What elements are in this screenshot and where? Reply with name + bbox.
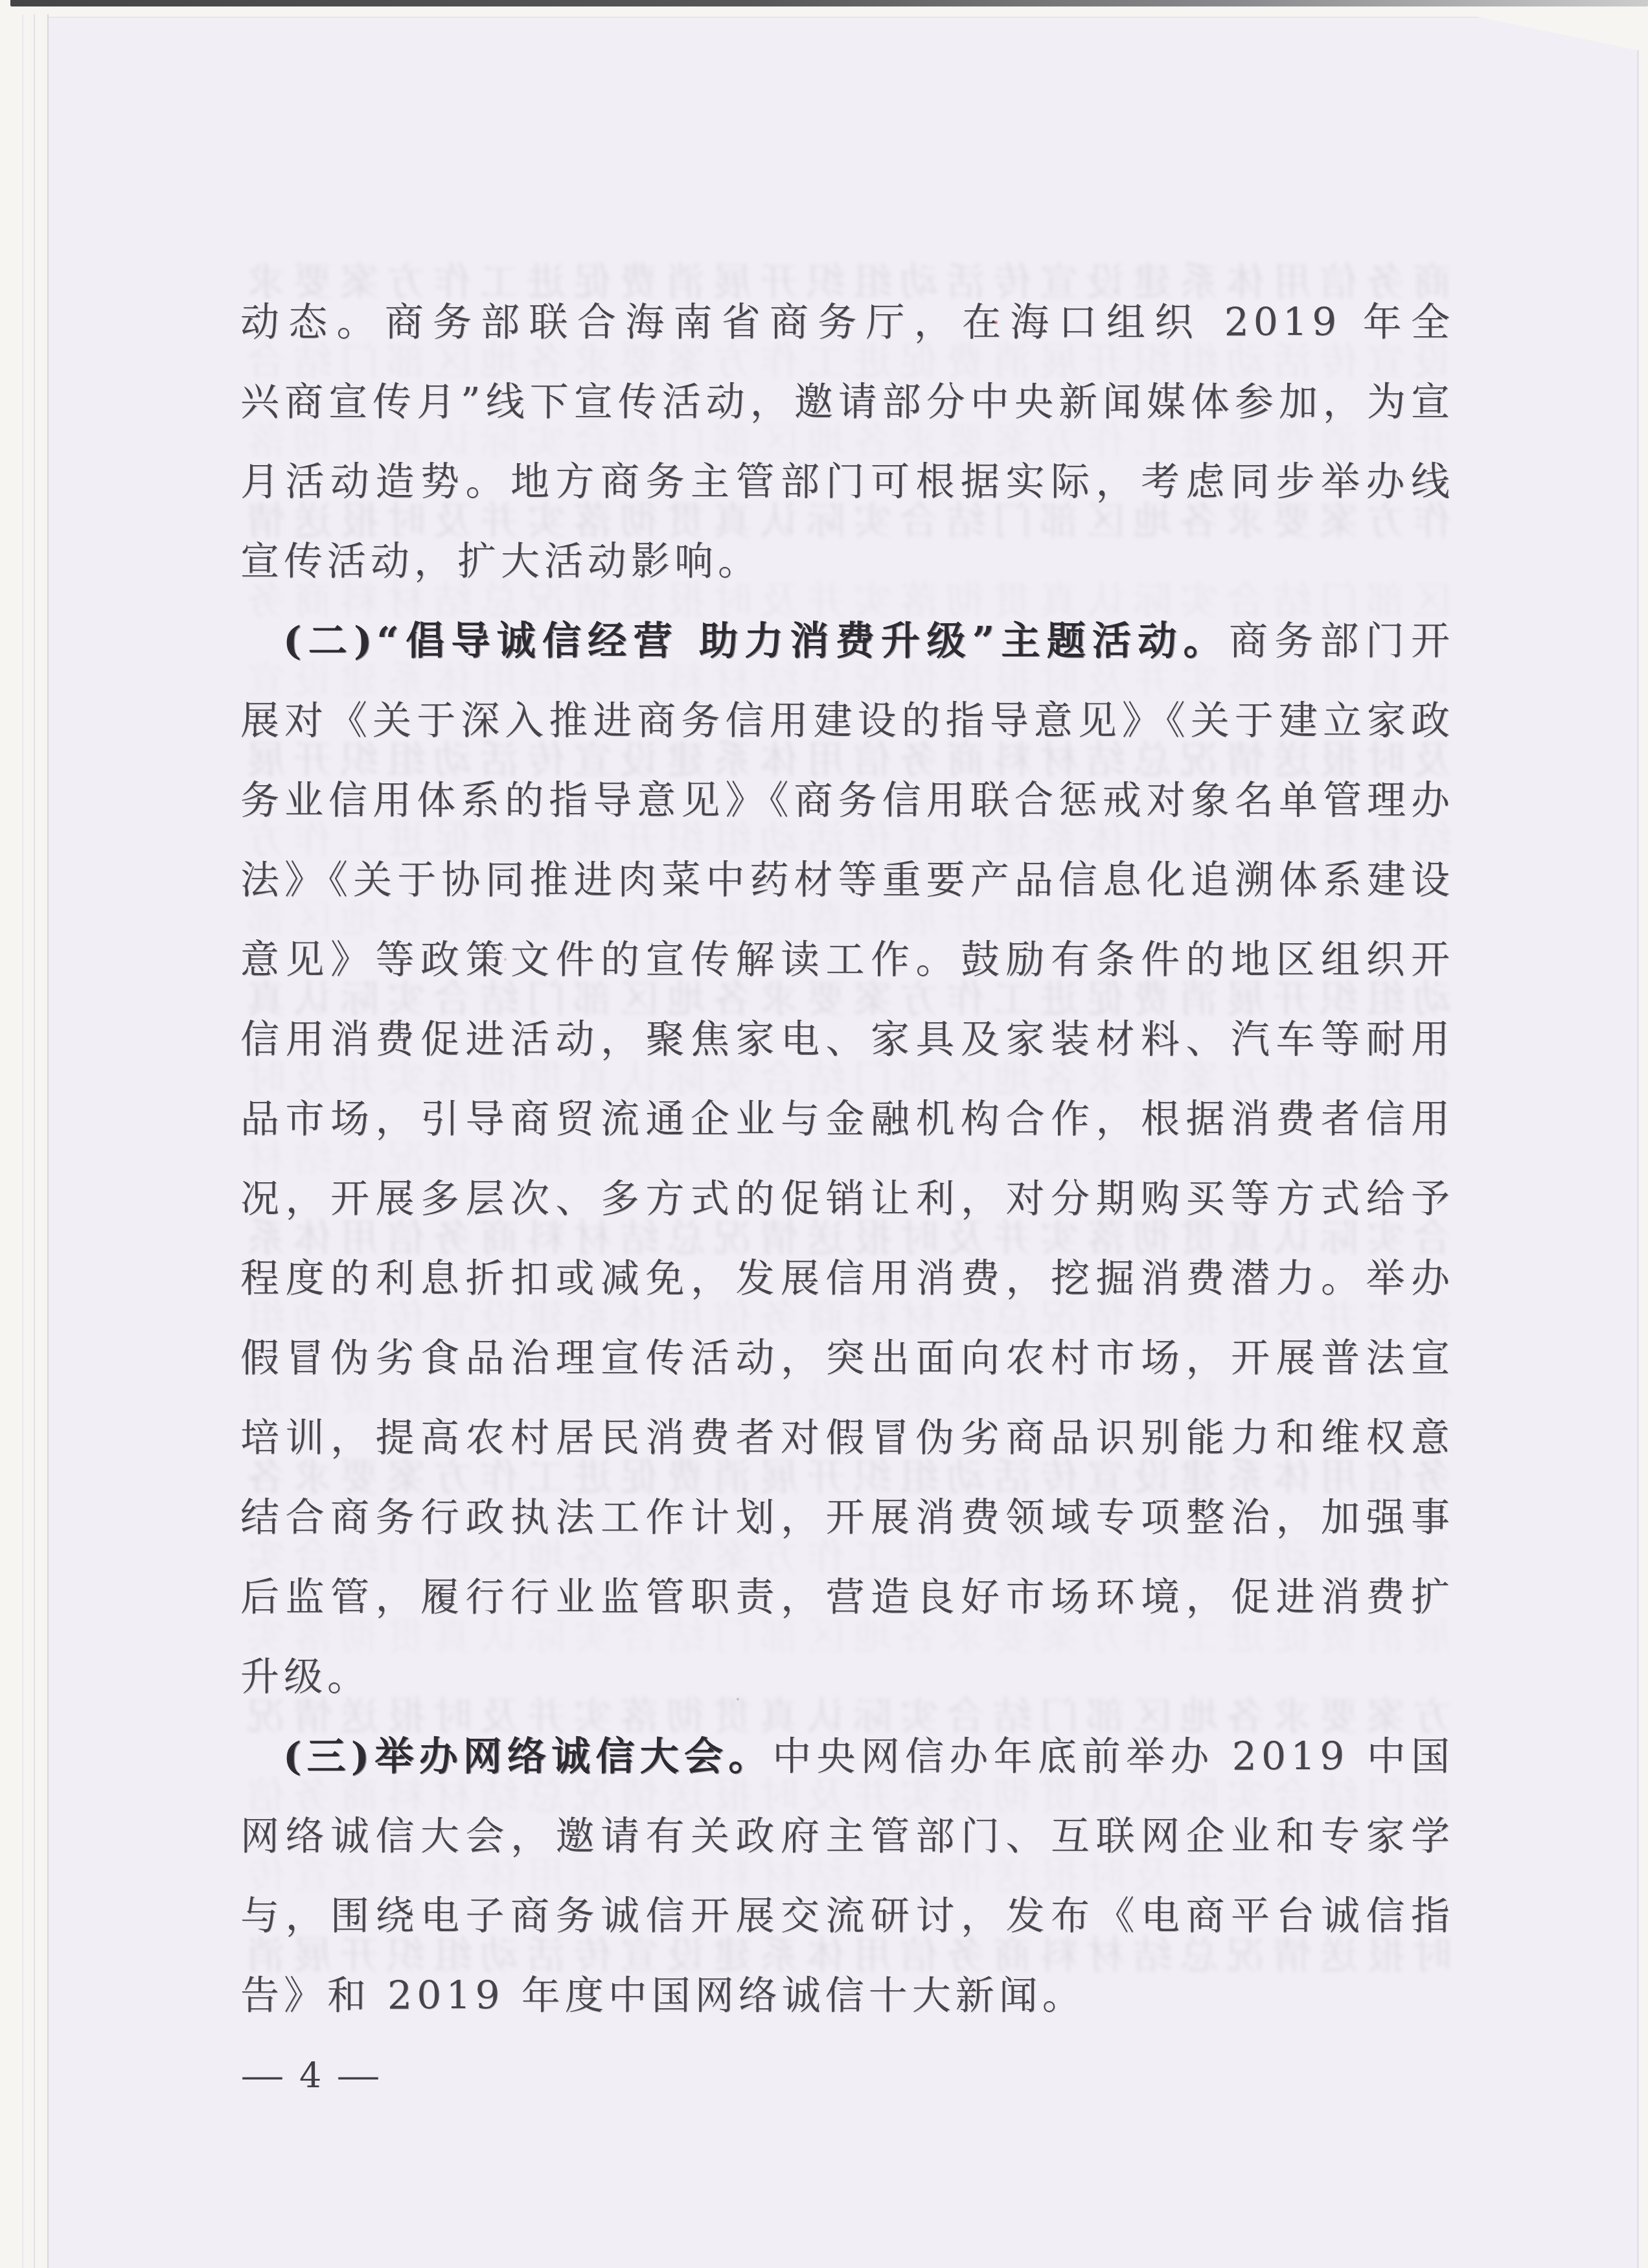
text-line: 培训，提高农村居民消费者对假冒伪劣商品识别能力和维权意识。 — [240, 1399, 1454, 1478]
text-line: 法》《关于协同推进肉菜中药材等重要产品信息化追溯体系建设的 — [240, 841, 1454, 921]
text-line: 兴商宣传月”线下宣传活动，邀请部分中央新闻媒体参加，为宣传 — [240, 363, 1454, 442]
text-line: 后监管，履行行业监管职责，营造良好市场环境，促进消费扩大和 — [240, 1558, 1454, 1638]
heading-run: (二)“倡导诚信经营 助力消费升级”主题活动。 — [283, 619, 1229, 664]
text-run: 商务部门开 — [1229, 619, 1454, 664]
page-corner — [1478, 17, 1640, 51]
text-run: 况，开展多层次、多方式的促销让利，对分期购买等方式给予不同 — [240, 1176, 1454, 1239]
text-line: 信用消费促进活动，聚焦家电、家具及家装材料、汽车等耐用消费 — [240, 1000, 1454, 1080]
ink-speck — [504, 958, 507, 961]
text-run: 品市场，引导商贸流通企业与金融机构合作，根据消费者信用状 — [240, 1097, 1454, 1160]
text-run: 结合商务行政执法工作计划，开展消费领域专项整治，加强事中事 — [240, 1495, 1454, 1558]
text-line: 假冒伪劣食品治理宣传活动，突出面向农村市场，开展普法宣传与 — [240, 1319, 1454, 1399]
text-line: 告》和 2019 年度中国网络诚信十大新闻。 — [240, 1956, 1454, 2036]
page-number-right-dash: — — [337, 2057, 381, 2096]
page-number: — 4 — — [245, 2057, 376, 2096]
text-line: 月活动造势。地方商务主管部门可根据实际，考虑同步举办线下 — [240, 442, 1454, 522]
text-run: 网络诚信大会，邀请有关政府主管部门、互联网企业和专家学者参 — [240, 1814, 1454, 1877]
text-run: 展对《关于深入推进商务信用建设的指导意见》《关于建立家政服 — [240, 698, 1454, 761]
page-number-left-dash: — — [240, 2057, 284, 2096]
text-line: 升级。 — [240, 1638, 1454, 1717]
text-line: 务业信用体系的指导意见》《商务信用联合惩戒对象名单管理办 — [240, 761, 1454, 841]
scanned-document: { "colors":{ "page_bg":"#f2eef5", "text"… — [0, 0, 1648, 2268]
text-line: 与，围绕电子商务诚信开展交流研讨，发布《电商平台诚信指数报 — [240, 1877, 1454, 1956]
text-line: 程度的利息折扣或减免，发展信用消费，挖掘消费潜力。举办农村 — [240, 1239, 1454, 1319]
text-line: (二)“倡导诚信经营 助力消费升级”主题活动。商务部门开 — [240, 602, 1454, 682]
text-run: 兴商宣传月”线下宣传活动，邀请部分中央新闻媒体参加，为宣传 — [240, 380, 1454, 442]
text-line: (三)举办网络诚信大会。中央网信办年底前举办 2019 中国 — [240, 1717, 1454, 1797]
page-number-value: 4 — [299, 2057, 321, 2096]
text-run: 培训，提高农村居民消费者对假冒伪劣商品识别能力和维权意识。 — [240, 1415, 1454, 1478]
text-run: 后监管，履行行业监管职责，营造良好市场环境，促进消费扩大和 — [240, 1575, 1454, 1638]
document-page: 商务信用体系建设宣传活动组织开展消费促进工作方案要求设宣传活动组织开展消费促进工… — [49, 17, 1639, 2268]
text-line: 况，开展多层次、多方式的促销让利，对分期购买等方式给予不同 — [240, 1160, 1454, 1239]
sheet-stack-edge — [34, 14, 35, 2268]
text-run: 信用消费促进活动，聚焦家电、家具及家装材料、汽车等耐用消费 — [240, 1017, 1454, 1080]
text-block: 动态。商务部联合海南省商务厅，在海口组织 2019 年全国“诚信兴商宣传月”线下… — [240, 283, 1454, 2036]
text-run: 务业信用体系的指导意见》《商务信用联合惩戒对象名单管理办 — [240, 778, 1454, 823]
text-line: 品市场，引导商贸流通企业与金融机构合作，根据消费者信用状 — [240, 1080, 1454, 1160]
text-line: 动态。商务部联合海南省商务厅，在海口组织 2019 年全国“诚信 — [240, 283, 1454, 363]
text-run: 与，围绕电子商务诚信开展交流研讨，发布《电商平台诚信指数报 — [240, 1894, 1454, 1956]
text-run: 宣传活动，扩大活动影响。 — [240, 539, 761, 584]
text-line: 展对《关于深入推进商务信用建设的指导意见》《关于建立家政服 — [240, 682, 1454, 761]
text-run: 月活动造势。地方商务主管部门可根据实际，考虑同步举办线下 — [240, 459, 1454, 522]
text-run: 假冒伪劣食品治理宣传活动，突出面向农村市场，开展普法宣传与 — [240, 1336, 1454, 1399]
text-line: 结合商务行政执法工作计划，开展消费领域专项整治，加强事中事 — [240, 1478, 1454, 1558]
ink-speck — [737, 1698, 739, 1701]
text-run: 告》和 2019 年度中国网络诚信十大新闻。 — [240, 1973, 1086, 2019]
sheet-stack-edge — [22, 14, 23, 2268]
text-run: 升级。 — [240, 1655, 371, 1700]
text-line: 意见》等政策文件的宣传解读工作。鼓励有条件的地区组织开展 — [240, 921, 1454, 1000]
text-line: 宣传活动，扩大活动影响。 — [240, 522, 1454, 602]
text-run: 动态。商务部联合海南省商务厅，在海口组织 2019 年全国“诚信 — [240, 300, 1454, 363]
text-run: 法》《关于协同推进肉菜中药材等重要产品信息化追溯体系建设的 — [240, 858, 1454, 921]
text-run: 中央网信办年底前举办 2019 中国 — [772, 1734, 1454, 1780]
text-line: 网络诚信大会，邀请有关政府主管部门、互联网企业和专家学者参 — [240, 1797, 1454, 1877]
heading-run: (三)举办网络诚信大会。 — [283, 1734, 772, 1780]
ink-speck — [994, 321, 998, 324]
text-run: 意见》等政策文件的宣传解读工作。鼓励有条件的地区组织开展 — [240, 937, 1454, 1000]
scanner-top-edge — [10, 0, 1648, 6]
text-run: 程度的利息折扣或减免，发展信用消费，挖掘消费潜力。举办农村 — [240, 1256, 1454, 1319]
